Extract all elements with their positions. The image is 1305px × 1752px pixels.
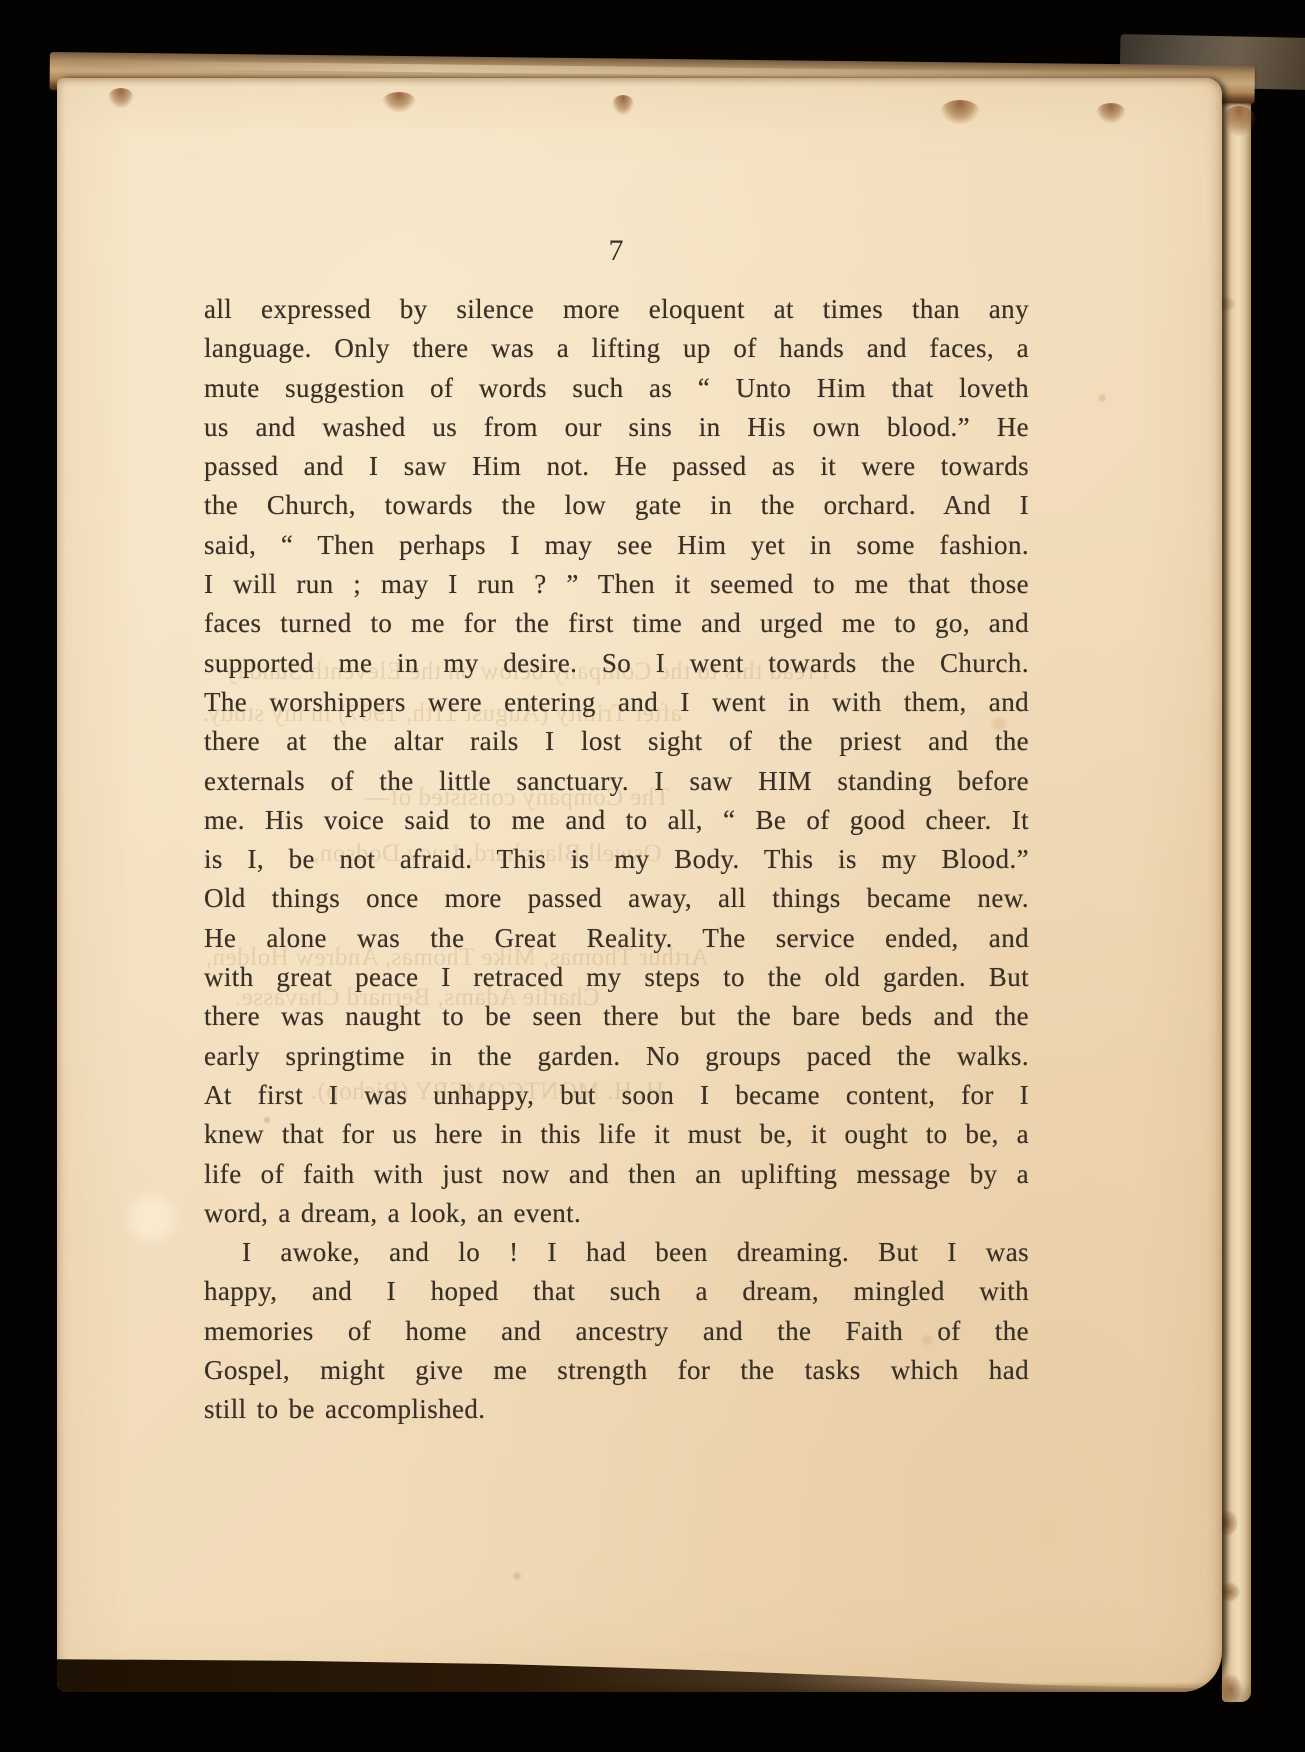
stain-mark: [108, 88, 134, 108]
text-line: language. Only there was a lifting up of…: [204, 329, 1029, 368]
stain-mark: [940, 100, 980, 124]
text-line: supported me in my desire. So I went tow…: [204, 644, 1029, 683]
text-line: memories of home and ancestry and the Fa…: [204, 1312, 1029, 1351]
stain-mark: [1222, 106, 1256, 136]
text-line: said, “ Then perhaps I may see Him yet i…: [204, 526, 1029, 565]
text-line: there at the altar rails I lost sight of…: [204, 722, 1029, 761]
text-line: passed and I saw Him not. He passed as i…: [204, 447, 1029, 486]
scanned-book-photo: 7 I read this to the Company below on th…: [0, 0, 1305, 1752]
text-line: all expressed by silence more eloquent a…: [204, 290, 1029, 329]
text-line: He alone was the Great Reality. The serv…: [204, 919, 1029, 958]
text-line: knew that for us here in this life it mu…: [204, 1115, 1029, 1154]
text-line: Old things once more passed away, all th…: [204, 879, 1029, 918]
stain-mark: [612, 95, 634, 115]
text-line: there was naught to be seen there but th…: [204, 997, 1029, 1036]
text-line: me. His voice said to me and to all, “ B…: [204, 801, 1029, 840]
text-line: mute suggestion of words such as “ Unto …: [204, 369, 1029, 408]
text-line: still to be accomplished.: [204, 1390, 1029, 1429]
page-edge-stack: [1222, 86, 1251, 1702]
text-line: I awoke, and lo ! I had been dreaming. B…: [204, 1233, 1029, 1272]
text-line: The worshippers were entering and I went…: [204, 683, 1029, 722]
text-line: externals of the little sanctuary. I saw…: [204, 762, 1029, 801]
stain-mark: [1220, 1674, 1242, 1704]
text-line: happy, and I hoped that such a dream, mi…: [204, 1272, 1029, 1311]
page-bottom-shadow: [57, 1652, 1222, 1692]
text-line: with great peace I retraced my steps to …: [204, 958, 1029, 997]
stain-mark: [382, 92, 416, 112]
text-line: is I, be not afraid. This is my Body. Th…: [204, 840, 1029, 879]
text-line: life of faith with just now and then an …: [204, 1155, 1029, 1194]
text-line: us and washed us from our sins in His ow…: [204, 408, 1029, 447]
body-text: all expressed by silence more eloquent a…: [204, 290, 1029, 1430]
text-line: faces turned to me for the first time an…: [204, 604, 1029, 643]
text-line: the Church, towards the low gate in the …: [204, 486, 1029, 525]
page-number: 7: [204, 234, 1029, 268]
text-line: word, a dream, a look, an event.: [204, 1194, 1029, 1233]
book-page: 7 I read this to the Company below on th…: [57, 78, 1222, 1692]
text-line: I will run ; may I run ? ” Then it seeme…: [204, 565, 1029, 604]
stain-mark: [1096, 103, 1126, 123]
text-line: early springtime in the garden. No group…: [204, 1037, 1029, 1076]
text-line: At first I was unhappy, but soon I becam…: [204, 1076, 1029, 1115]
text-line: Gospel, might give me strength for the t…: [204, 1351, 1029, 1390]
